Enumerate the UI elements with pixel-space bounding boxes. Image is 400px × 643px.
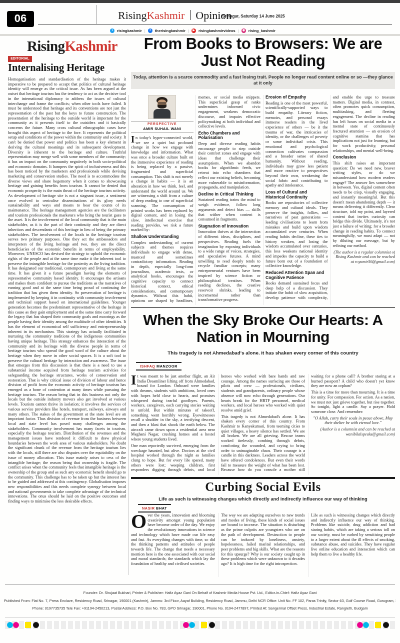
facebook-icon: f bbox=[148, 28, 153, 33]
drop-cap: O bbox=[131, 513, 148, 530]
registration-dot-black bbox=[209, 622, 215, 628]
social-handle[interactable]: risingkashmirvideos bbox=[198, 28, 235, 33]
social-handle[interactable]: rising_kashmir bbox=[248, 28, 275, 33]
social-separator: | bbox=[188, 28, 189, 33]
social-handle[interactable]: risingkashmir bbox=[117, 28, 142, 33]
dateline: Srinagar, Saturday 14 June 2025 bbox=[222, 13, 372, 21]
body-paragraph: Reading is one of the most powerful, sci… bbox=[266, 101, 328, 188]
body-paragraph: The way we are adapting ourselves to new… bbox=[221, 513, 305, 566]
brand-logo-rising: Rising bbox=[27, 39, 65, 55]
registration-square bbox=[25, 622, 31, 628]
body-paragraph: Sustained reading trains the mind to wei… bbox=[198, 198, 260, 222]
sky-byline-wrap: ISHFAQ MANZOOR bbox=[136, 361, 226, 372]
instagram-icon: ◉ bbox=[241, 28, 246, 33]
drop-cap: I bbox=[131, 374, 137, 386]
registration-dot-black bbox=[383, 622, 389, 628]
thick-divider bbox=[131, 477, 395, 479]
column-divider-rule bbox=[128, 95, 129, 575]
author-name: AMIR SUHAIL WANI bbox=[131, 126, 193, 133]
body-paragraph: Life as such is witnessing changes which… bbox=[311, 513, 395, 557]
registration-square bbox=[201, 622, 207, 628]
brand-logo-kashmir: Kashmir bbox=[65, 39, 118, 55]
imprint-line: Phone: 0197735735 Tele Fax: +91194-24502… bbox=[4, 605, 396, 613]
author-tagline: (Author is a columnist and can be reache… bbox=[311, 427, 395, 437]
evils-body-wrap: Over the years, innovation and blooming … bbox=[131, 513, 395, 577]
top-border-strip bbox=[0, 0, 400, 3]
article-divider bbox=[131, 307, 395, 308]
lead-headline: From Books to Browsers: We are Just Not … bbox=[131, 37, 395, 70]
imprint-footer-wrap: Founder: Dr. Shujaat Bukhari, Printer & … bbox=[4, 589, 396, 614]
evils-byline-wrap: NASIR BHAT bbox=[138, 503, 218, 513]
social-separator: | bbox=[238, 28, 239, 33]
masthead-kashmir: Kashmir bbox=[147, 10, 185, 22]
sky-byline: ISHFAQ MANZOOR bbox=[136, 362, 181, 371]
registration-dot-black bbox=[33, 622, 39, 628]
header-tick-rule bbox=[96, 5, 97, 24]
body-paragraph: Books are repositories of collective mem… bbox=[266, 201, 328, 269]
sky-subtitle-wrap: This tragedy is not Ahmedabad's alone. I… bbox=[131, 349, 395, 358]
registration-square bbox=[375, 622, 381, 628]
section-masthead: RisingKashmirOpinion bbox=[118, 10, 232, 22]
registration-dot bbox=[363, 622, 369, 628]
registration-dot bbox=[189, 622, 195, 628]
sky-headline: When the Sky Broke Our Hearts: A Nation … bbox=[131, 313, 395, 347]
registration-dot bbox=[13, 622, 19, 628]
social-separator: | bbox=[144, 28, 145, 33]
portrait-torso bbox=[154, 109, 171, 119]
body-paragraph-dropcap: In today's hyper-connected world, we see… bbox=[131, 136, 193, 233]
editorial-label-box: EDITORIAL bbox=[8, 56, 32, 62]
newspaper-page: 06 RisingKashmirOpinion Srinagar, Saturd… bbox=[0, 0, 400, 643]
evils-headline: Curbing Social Evils bbox=[131, 481, 395, 494]
body-paragraph-dropcap: Over the years, innovation and blooming … bbox=[131, 513, 215, 566]
footer-rule-bottom bbox=[5, 617, 395, 618]
editorial-body: Homogenisation and standardisation of th… bbox=[8, 77, 126, 574]
social-handle[interactable]: therisingkashmir bbox=[155, 28, 186, 33]
page-number-badge: 06 bbox=[7, 11, 34, 27]
lead-body: PERSPECTIVE AMIR SUHAIL WANI In today's … bbox=[131, 95, 395, 305]
evils-byline: NASIR BHAT bbox=[138, 504, 171, 513]
sky-subtitle: This tragedy is not Ahmedabad's alone. I… bbox=[131, 349, 395, 358]
portrait-beard bbox=[158, 105, 167, 109]
evils-subtitle: Life as such is witnessing changes which… bbox=[131, 495, 395, 503]
body-subheading: Shallow Understanding bbox=[131, 235, 193, 240]
editorial-body-wrap: Homogenisation and standardisation of th… bbox=[8, 77, 126, 574]
editorial-label: EDITORIAL bbox=[8, 56, 32, 62]
evils-subtitle-wrap: Life as such is witnessing changes which… bbox=[131, 495, 395, 503]
evils-body: Over the years, innovation and blooming … bbox=[131, 513, 395, 577]
body-subheading: Decline in Critical Thinking bbox=[198, 192, 260, 197]
cmyk-registration-bar bbox=[5, 621, 395, 629]
lead-subtitle: Today, attention is a scarce commodity a… bbox=[131, 72, 395, 89]
body-subheading: Reduced Attention Span and Cognitive Pat… bbox=[266, 271, 328, 281]
body-subheading: Echo Chambers and Polarisation bbox=[198, 131, 260, 141]
sky-body-wrap: It was meant to be just another flight, … bbox=[131, 374, 395, 475]
imprint-line: Founder: Dr. Shujaat Bukhari, Printer & … bbox=[4, 589, 396, 597]
body-subheading: Loss of Cultural and Historical Continui… bbox=[266, 190, 328, 200]
footer-rule-top bbox=[5, 584, 395, 585]
body-paragraph: Innovation thrives at the intersection o… bbox=[198, 230, 260, 303]
body-paragraph: Deep and diverse reading habits encourag… bbox=[198, 141, 260, 190]
masthead-rising: Rising bbox=[118, 10, 147, 22]
quote-couplet: "O Allah, carry their souls in peace abo… bbox=[311, 416, 395, 426]
drop-cap: I bbox=[131, 136, 136, 144]
author-tagline: (The author is a regular columnist of Ri… bbox=[333, 250, 395, 265]
body-paragraph-dropcap: It was meant to be just another flight, … bbox=[131, 374, 215, 442]
body-subheading: Conclusion bbox=[333, 155, 395, 160]
author-portrait bbox=[148, 95, 176, 119]
body-subheading: Stagnation of Innovation bbox=[198, 224, 260, 229]
dateline-wrap: Srinagar, Saturday 14 June 2025 bbox=[222, 13, 372, 21]
author-card: PERSPECTIVE AMIR SUHAIL WANI bbox=[131, 95, 193, 133]
twitter-icon: t bbox=[110, 28, 115, 33]
body-paragraph: This is a time for more than mourning. I… bbox=[311, 390, 395, 414]
lead-body-wrap: PERSPECTIVE AMIR SUHAIL WANI In today's … bbox=[131, 95, 395, 305]
masthead-divider bbox=[190, 10, 191, 20]
youtube-icon: ▶ bbox=[191, 28, 196, 33]
body-paragraph: Homogenisation and standardisation of th… bbox=[8, 77, 126, 504]
body-subheading: Erosion of Empathy bbox=[266, 95, 328, 100]
editorial-headline: Internalising Heritage bbox=[8, 63, 126, 74]
brand-logo: RisingKashmir bbox=[27, 39, 117, 56]
imprint-footer: Founder: Dr. Shujaat Bukhari, Printer & … bbox=[4, 589, 396, 614]
sky-body: It was meant to be just another flight, … bbox=[131, 374, 395, 475]
imprint-line: Published From: Flat No. 7, Press Enclav… bbox=[4, 597, 396, 605]
header-rule bbox=[38, 24, 392, 25]
lead-subtitle-band: Today, attention is a scarce commodity a… bbox=[131, 72, 395, 89]
body-paragraph: This shift raises an important question:… bbox=[333, 161, 395, 248]
